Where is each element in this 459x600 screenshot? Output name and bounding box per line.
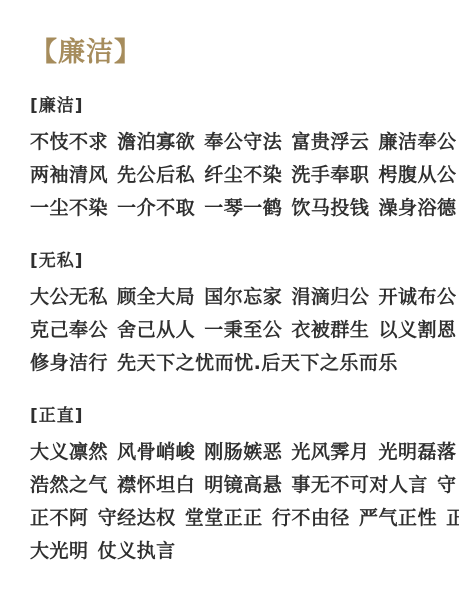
section-label-wusi: [无私] <box>30 251 433 271</box>
section-label-lianjie: [廉洁] <box>30 96 433 116</box>
document-page: 【廉洁】 [廉洁] 不忮不求 澹泊寡欲 奉公守法 富贵浮云 廉洁奉公 两袖清风 … <box>0 0 459 600</box>
section-lianjie: [廉洁] 不忮不求 澹泊寡欲 奉公守法 富贵浮云 廉洁奉公 两袖清风 先公后私 … <box>30 96 433 225</box>
idiom-line: 大义凛然 风骨峭峻 刚肠嫉恶 光风霁月 光明磊落 <box>30 436 433 469</box>
idiom-line: 两袖清风 先公后私 纤尘不染 洗手奉职 枵腹从公 <box>30 159 433 192</box>
section-label-zhengzhi: [正直] <box>30 406 433 426</box>
idiom-line: 浩然之气 襟怀坦白 明镜高悬 事无不可对人言 守 <box>30 469 433 502</box>
idiom-line: 克己奉公 舍己从人 一秉至公 衣被群生 以义割恩 <box>30 314 433 347</box>
idiom-line: 修身洁行 先天下之忧而忧.后天下之乐而乐 <box>30 347 433 380</box>
section-wusi: [无私] 大公无私 顾全大局 国尔忘家 涓滴归公 开诚布公 克己奉公 舍己从人 … <box>30 251 433 380</box>
idiom-line: 一尘不染 一介不取 一琴一鹤 饮马投钱 澡身浴德 <box>30 192 433 225</box>
section-zhengzhi: [正直] 大义凛然 风骨峭峻 刚肠嫉恶 光风霁月 光明磊落 浩然之气 襟怀坦白 … <box>30 406 433 568</box>
idiom-line: 大光明 仗义执言 <box>30 535 433 568</box>
idiom-line: 大公无私 顾全大局 国尔忘家 涓滴归公 开诚布公 <box>30 281 433 314</box>
page-title: 【廉洁】 <box>30 38 433 68</box>
idiom-line: 不忮不求 澹泊寡欲 奉公守法 富贵浮云 廉洁奉公 <box>30 126 433 159</box>
idiom-line: 正不阿 守经达权 堂堂正正 行不由径 严气正性 正 <box>30 502 433 535</box>
